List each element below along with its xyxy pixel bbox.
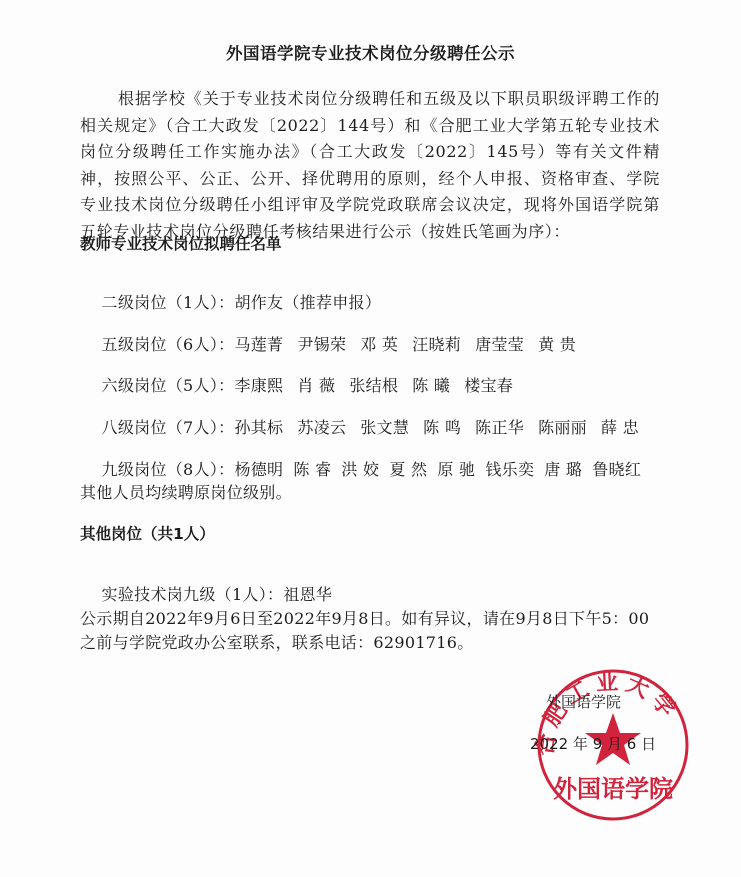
person-name: 陈 曦 — [412, 376, 450, 395]
other-section-heading: 其他岗位（共1人） — [80, 522, 215, 544]
person-name: 楼宝春 — [464, 376, 513, 395]
person-name: 马莲菁 — [234, 335, 283, 354]
person-name: 邓 英 — [360, 335, 398, 354]
position-label: 实验技术岗九级（1人）： — [102, 585, 284, 604]
teacher-section-heading: 教师专业技术岗位拟聘任名单 — [80, 232, 282, 254]
person-name: 原 驰 — [437, 460, 475, 479]
person-name: 杨德明 — [234, 460, 283, 479]
document-title: 外国语学院专业技术岗位分级聘任公示 — [0, 40, 741, 64]
notice-paragraph: 公示期自2022年9月6日至2022年9月8日。如有异议，请在9月8日下午5：0… — [80, 607, 660, 655]
signer-name: 外国语学院 — [546, 691, 621, 712]
person-name: 钱乐奕 — [485, 460, 534, 479]
person-name: 胡作友（推荐申报） — [234, 293, 381, 312]
svg-text:外国语学院: 外国语学院 — [553, 775, 673, 803]
person-name: 陈正华 — [475, 418, 524, 437]
person-name: 陈 睿 — [293, 460, 331, 479]
person-name: 苏凌云 — [297, 418, 346, 437]
person-name: 唐莹莹 — [475, 335, 524, 354]
document-page: 外国语学院专业技术岗位分级聘任公示 根据学校《关于专业技术岗位分级聘任和五级及以… — [0, 0, 741, 877]
level-label: 五级岗位（6人）： — [102, 335, 235, 354]
person-name: 夏 然 — [389, 460, 427, 479]
intro-paragraph: 根据学校《关于专业技术岗位分级聘任和五级及以下职员职级评聘工作的相关规定》（合工… — [80, 86, 660, 245]
sign-date: 2022 年 9 月 6 日 — [530, 733, 656, 754]
person-name: 洪 姣 — [341, 460, 379, 479]
person-name: 鲁晓红 — [592, 460, 641, 479]
person-name: 孙其标 — [234, 418, 283, 437]
level-label: 二级岗位（1人）： — [102, 293, 235, 312]
level-label: 九级岗位（8人）： — [102, 460, 235, 479]
level-label: 六级岗位（5人）： — [102, 376, 235, 395]
person-name: 肖 薇 — [297, 376, 335, 395]
person-name: 唐 璐 — [544, 460, 582, 479]
person-name: 尹锡荣 — [297, 335, 346, 354]
person-name: 陈 鸣 — [423, 418, 461, 437]
person-name: 汪晓莉 — [412, 335, 461, 354]
person-name: 黄 贵 — [538, 335, 576, 354]
others-note: 其他人员均续聘原岗位级别。 — [80, 480, 292, 503]
level-label: 八级岗位（7人）： — [102, 418, 235, 437]
person-name: 李康熙 — [234, 376, 283, 395]
person-name: 张结根 — [349, 376, 398, 395]
person-name: 薛 忠 — [601, 418, 639, 437]
person-name: 张文慧 — [360, 418, 409, 437]
person-name: 祖恩华 — [283, 585, 332, 604]
person-name: 陈丽丽 — [538, 418, 587, 437]
